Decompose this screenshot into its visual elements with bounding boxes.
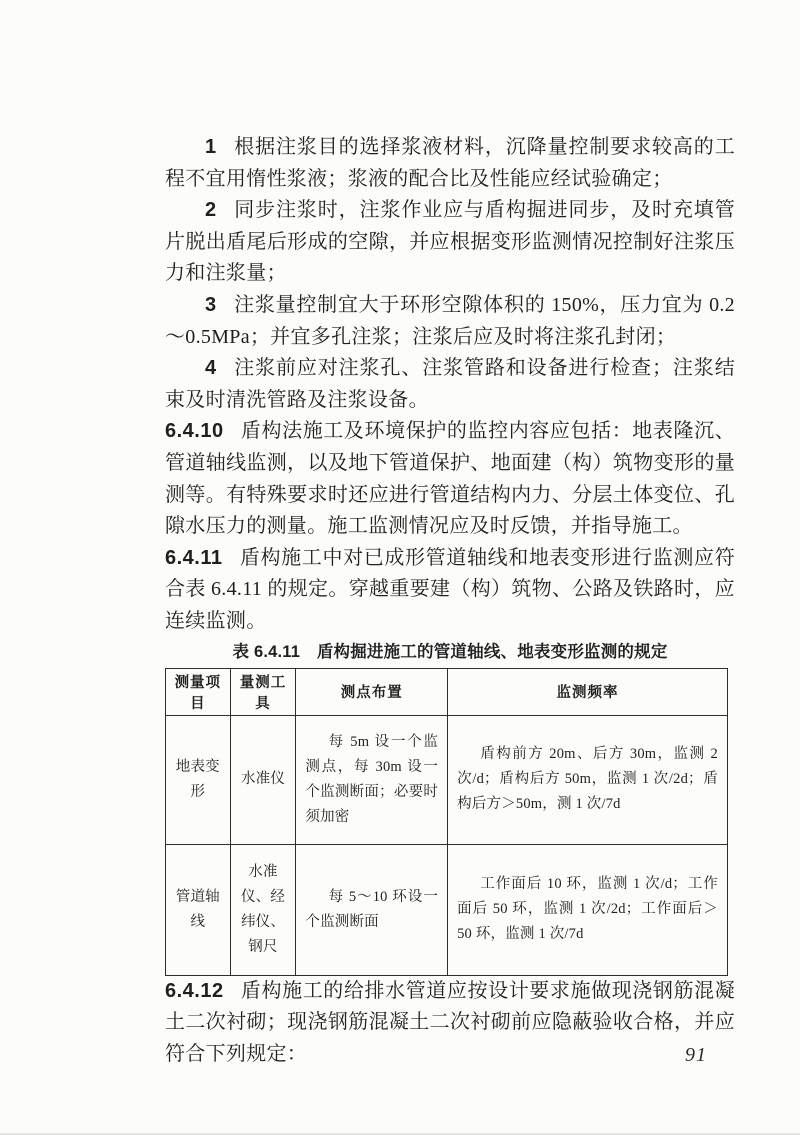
clause-item-3: 3注浆量控制宜大于环形空隙体积的 150%，压力宜为 0.2～0.5MPa；并宜… — [165, 290, 735, 353]
clause-text: 盾构施工中对已成形管道轴线和地表变形进行监测应符合表 6.4.11 的规定。穿越… — [165, 547, 735, 632]
clause-6-4-11: 6.4.11盾构施工中对已成形管道轴线和地表变形进行监测应符合表 6.4.11 … — [165, 543, 735, 638]
clause-item-4: 4注浆前应对注浆孔、注浆管路和设备进行检查；注浆结束及时清洗管路及注浆设备。 — [165, 353, 735, 416]
cell-tool: 水准仪 — [230, 715, 296, 844]
page-content: 1根据注浆目的选择浆液材料，沉降量控制要求较高的工程不宜用惰性浆液；浆液的配合比… — [165, 132, 735, 1070]
cell-point-layout: 每 5m 设一个监测点，每 30m 设一个监测断面；必要时须加密 — [296, 715, 448, 844]
clause-item-text: 同步注浆时，注浆作业应与盾构掘进同步，及时充填管片脱出盾尾后形成的空隙，并应根据… — [165, 199, 735, 284]
clause-6-4-10: 6.4.10盾构法施工及环境保护的监控内容应包括：地表隆沉、管道轴线监测，以及地… — [165, 416, 735, 542]
clause-item-number: 1 — [205, 136, 217, 158]
clause-text: 盾构法施工及环境保护的监控内容应包括：地表隆沉、管道轴线监测，以及地下管道保护、… — [165, 420, 735, 537]
clause-number: 6.4.10 — [165, 420, 224, 442]
cell-measure-item: 地表变形 — [166, 715, 231, 844]
cell-frequency: 工作面后 10 环，监测 1 次/d；工作面后 50 环，监测 1 次/2d；工… — [448, 844, 728, 975]
monitoring-spec-table: 测量项目 量测工具 测点布置 监测频率 地表变形 水准仪 每 5m 设一个监测点… — [165, 668, 728, 976]
table-header-measure-item: 测量项目 — [166, 668, 231, 715]
clause-number: 6.4.12 — [165, 980, 224, 1002]
clause-item-1: 1根据注浆目的选择浆液材料，沉降量控制要求较高的工程不宜用惰性浆液；浆液的配合比… — [165, 132, 735, 195]
clause-item-text: 注浆量控制宜大于环形空隙体积的 150%，压力宜为 0.2～0.5MPa；并宜多… — [165, 294, 735, 348]
table-header-row: 测量项目 量测工具 测点布置 监测频率 — [166, 668, 728, 715]
cell-tool: 水准仪、经纬仪、钢尺 — [230, 844, 296, 975]
cell-point-layout: 每 5～10 环设一个监测断面 — [296, 844, 448, 975]
cell-measure-item: 管道轴线 — [166, 844, 231, 975]
clause-item-text: 根据注浆目的选择浆液材料，沉降量控制要求较高的工程不宜用惰性浆液；浆液的配合比及… — [165, 136, 735, 190]
clause-item-text: 注浆前应对注浆孔、注浆管路和设备进行检查；注浆结束及时清洗管路及注浆设备。 — [165, 357, 735, 411]
table-caption: 表 6.4.11 盾构掘进施工的管道轴线、地表变形监测的规定 — [165, 641, 735, 663]
clause-item-2: 2同步注浆时，注浆作业应与盾构掘进同步，及时充填管片脱出盾尾后形成的空隙，并应根… — [165, 195, 735, 290]
clause-6-4-12: 6.4.12盾构施工的给排水管道应按设计要求施做现浇钢筋混凝土二次衬砌；现浇钢筋… — [165, 976, 735, 1071]
clause-item-number: 3 — [205, 294, 217, 316]
cell-frequency: 盾构前方 20m、后方 30m，监测 2 次/d；盾构后方 50m，监测 1 次… — [448, 715, 728, 844]
table-header-tool: 量测工具 — [230, 668, 296, 715]
clause-item-number: 2 — [205, 199, 217, 221]
table-row: 管道轴线 水准仪、经纬仪、钢尺 每 5～10 环设一个监测断面 工作面后 10 … — [166, 844, 728, 975]
table-header-frequency: 监测频率 — [448, 668, 728, 715]
page-number: 91 — [685, 1044, 707, 1067]
clause-item-number: 4 — [205, 357, 217, 379]
table-header-point-layout: 测点布置 — [296, 668, 448, 715]
clause-text: 盾构施工的给排水管道应按设计要求施做现浇钢筋混凝土二次衬砌；现浇钢筋混凝土二次衬… — [165, 980, 735, 1065]
document-page: 1根据注浆目的选择浆液材料，沉降量控制要求较高的工程不宜用惰性浆液；浆液的配合比… — [0, 0, 800, 1135]
table-row: 地表变形 水准仪 每 5m 设一个监测点，每 30m 设一个监测断面；必要时须加… — [166, 715, 728, 844]
clause-number: 6.4.11 — [165, 547, 223, 569]
